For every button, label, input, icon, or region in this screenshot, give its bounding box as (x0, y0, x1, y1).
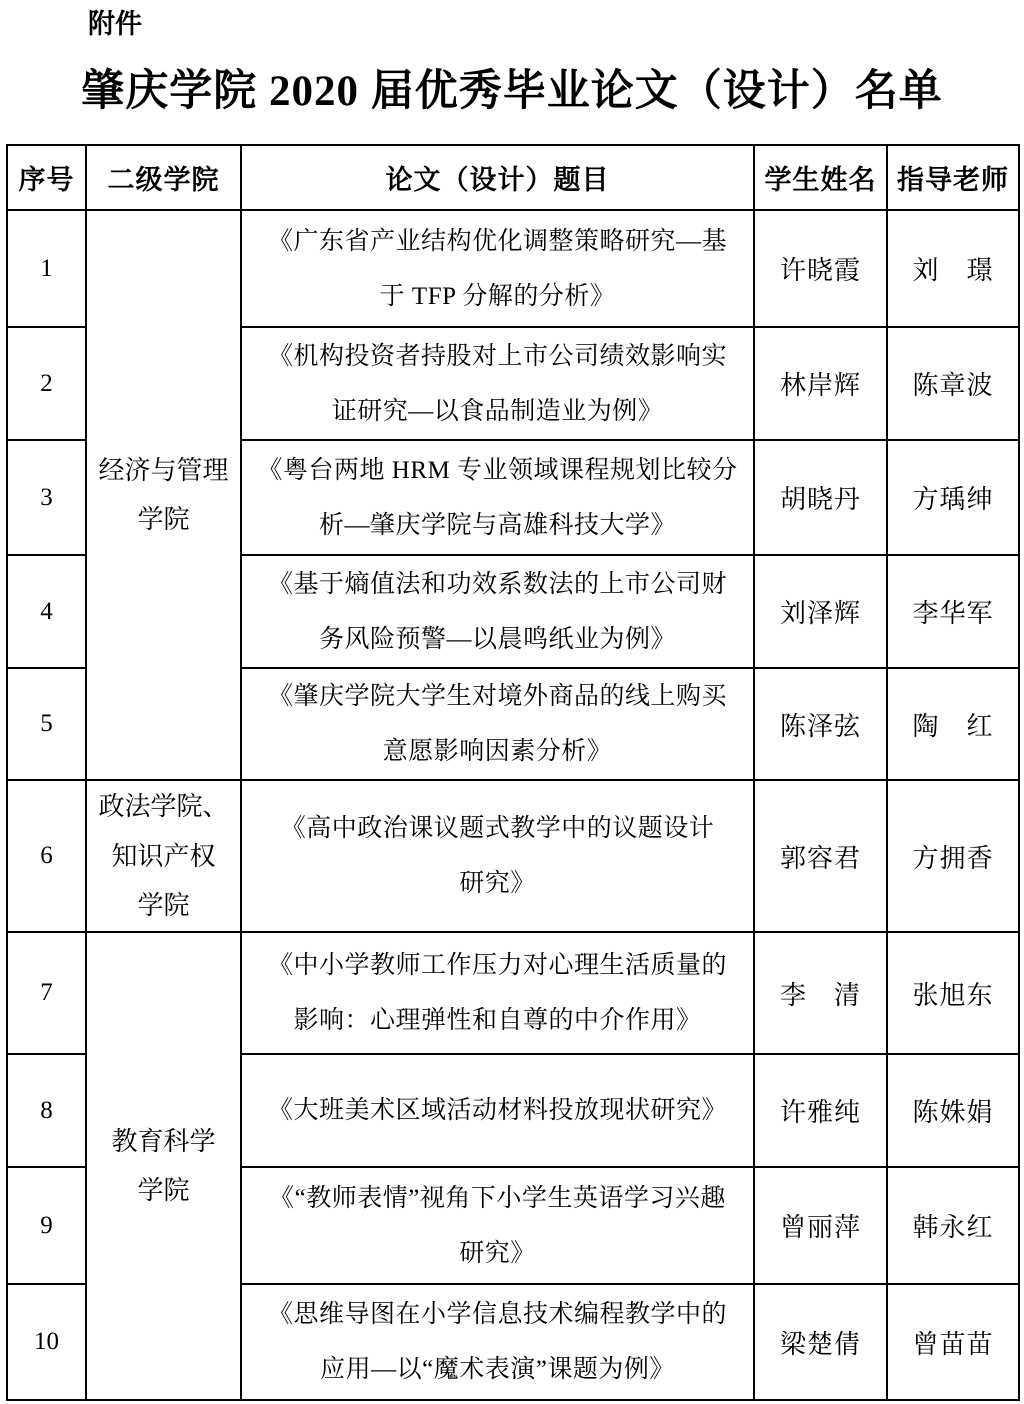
thesis-title: 《肇庆学院大学生对境外商品的线上购买 意愿影响因素分析》 (241, 668, 754, 780)
row-number: 3 (7, 440, 86, 555)
row-number: 10 (7, 1284, 86, 1400)
thesis-title: 《中小学教师工作压力对心理生活质量的 影响：心理弹性和自尊的中介作用》 (241, 932, 754, 1054)
row-number: 4 (7, 555, 86, 668)
student-name: 曾丽萍 (754, 1167, 887, 1284)
row-number: 6 (7, 780, 86, 932)
student-name: 刘泽辉 (754, 555, 887, 668)
row-number: 9 (7, 1167, 86, 1284)
teacher-name: 李华军 (887, 555, 1019, 668)
college-cell: 政法学院、 知识产权 学院 (86, 780, 241, 932)
thesis-title: 《思维导图在小学信息技术编程教学中的 应用—以“魔术表演”课题为例》 (241, 1284, 754, 1400)
column-header-no: 序号 (7, 145, 86, 210)
thesis-table: 序号 二级学院 论文（设计）题目 学生姓名 指导老师 1 经济与管理 学院 《广… (6, 144, 1020, 1401)
student-name: 梁楚倩 (754, 1284, 887, 1400)
student-name: 郭容君 (754, 780, 887, 932)
college-cell: 经济与管理 学院 (86, 210, 241, 780)
teacher-name: 陈姝娟 (887, 1054, 1019, 1167)
teacher-name: 陈章波 (887, 327, 1019, 440)
student-name: 胡晓丹 (754, 440, 887, 555)
thesis-title: 《高中政治课议题式教学中的议题设计 研究》 (241, 780, 754, 932)
table-row: 6 政法学院、 知识产权 学院 《高中政治课议题式教学中的议题设计 研究》 郭容… (7, 780, 1019, 932)
thesis-title: 《广东省产业结构优化调整策略研究—基 于 TFP 分解的分析》 (241, 210, 754, 327)
row-number: 5 (7, 668, 86, 780)
teacher-name: 方瑀绅 (887, 440, 1019, 555)
thesis-title: 《“教师表情”视角下小学生英语学习兴趣 研究》 (241, 1167, 754, 1284)
column-header-teacher: 指导老师 (887, 145, 1019, 210)
column-header-college: 二级学院 (86, 145, 241, 210)
thesis-title: 《粤台两地 HRM 专业领域课程规划比较分 析—肇庆学院与高雄科技大学》 (241, 440, 754, 555)
document-page: 附件 肇庆学院 2020 届优秀毕业论文（设计）名单 序号 二级学院 论文（设计… (0, 8, 1024, 1404)
teacher-name: 陶 红 (887, 668, 1019, 780)
attachment-label: 附件 (88, 8, 1024, 40)
student-name: 林岸辉 (754, 327, 887, 440)
student-name: 陈泽弦 (754, 668, 887, 780)
row-number: 7 (7, 932, 86, 1054)
college-cell: 教育科学 学院 (86, 932, 241, 1400)
column-header-student: 学生姓名 (754, 145, 887, 210)
teacher-name: 方拥香 (887, 780, 1019, 932)
table-row: 1 经济与管理 学院 《广东省产业结构优化调整策略研究—基 于 TFP 分解的分… (7, 210, 1019, 327)
teacher-name: 刘 璟 (887, 210, 1019, 327)
teacher-name: 曾苗苗 (887, 1284, 1019, 1400)
row-number: 1 (7, 210, 86, 327)
student-name: 许晓霞 (754, 210, 887, 327)
thesis-title: 《大班美术区域活动材料投放现状研究》 (241, 1054, 754, 1167)
student-name: 许雅纯 (754, 1054, 887, 1167)
thesis-title: 《机构投资者持股对上市公司绩效影响实 证研究—以食品制造业为例》 (241, 327, 754, 440)
row-number: 2 (7, 327, 86, 440)
header-row: 序号 二级学院 论文（设计）题目 学生姓名 指导老师 (7, 145, 1019, 210)
teacher-name: 韩永红 (887, 1167, 1019, 1284)
document-title: 肇庆学院 2020 届优秀毕业论文（设计）名单 (0, 64, 1024, 120)
student-name: 李 清 (754, 932, 887, 1054)
teacher-name: 张旭东 (887, 932, 1019, 1054)
thesis-title: 《基于熵值法和功效系数法的上市公司财 务风险预警—以晨鸣纸业为例》 (241, 555, 754, 668)
column-header-title: 论文（设计）题目 (241, 145, 754, 210)
table-row: 7 教育科学 学院 《中小学教师工作压力对心理生活质量的 影响：心理弹性和自尊的… (7, 932, 1019, 1054)
row-number: 8 (7, 1054, 86, 1167)
